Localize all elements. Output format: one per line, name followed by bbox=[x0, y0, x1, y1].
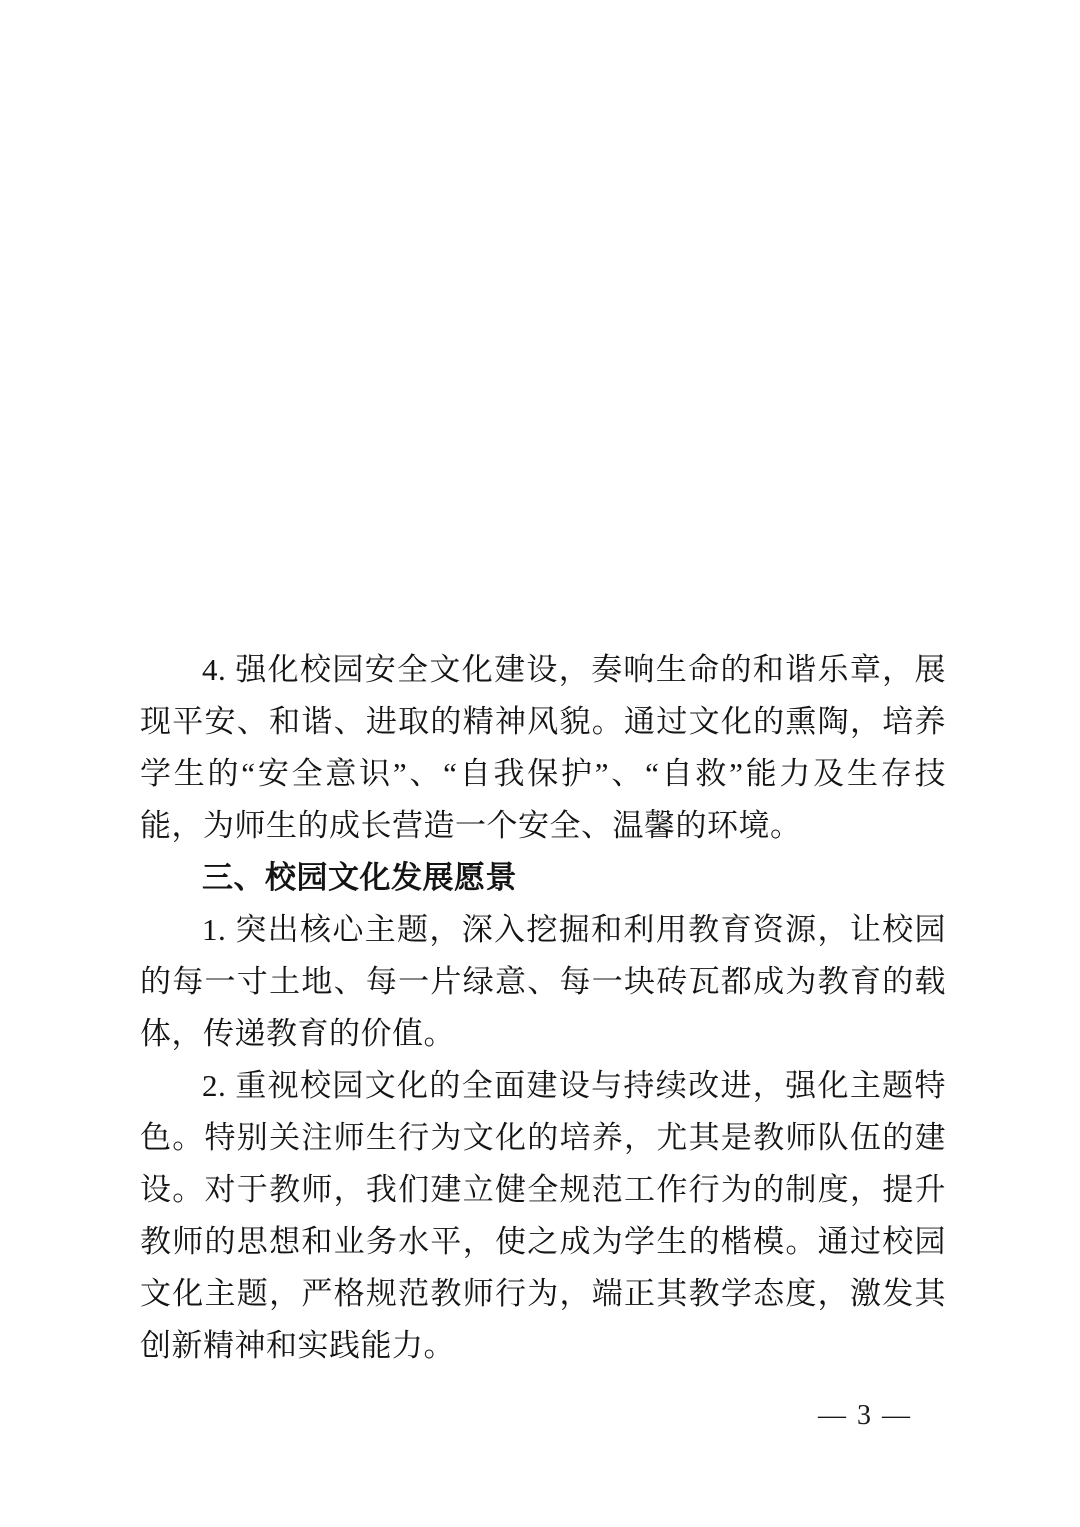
document-page: 4. 强化校园安全文化建设，奏响生命的和谐乐章，展现平安、和谐、进取的精神风貌。… bbox=[0, 0, 1080, 1527]
page-number: — 3 — bbox=[818, 1398, 912, 1434]
paragraph-core-theme: 1. 突出核心主题，深入挖掘和利用教育资源，让校园的每一寸土地、每一片绿意、每一… bbox=[140, 904, 946, 1060]
paragraph-safety-culture: 4. 强化校园安全文化建设，奏响生命的和谐乐章，展现平安、和谐、进取的精神风貌。… bbox=[140, 644, 946, 852]
document-body: 4. 强化校园安全文化建设，奏响生命的和谐乐章，展现平安、和谐、进取的精神风貌。… bbox=[140, 644, 946, 1372]
paragraph-teacher-conduct: 2. 重视校园文化的全面建设与持续改进，强化主题特色。特别关注师生行为文化的培养… bbox=[140, 1060, 946, 1372]
section-heading-campus-culture-vision: 三、校园文化发展愿景 bbox=[140, 852, 946, 904]
